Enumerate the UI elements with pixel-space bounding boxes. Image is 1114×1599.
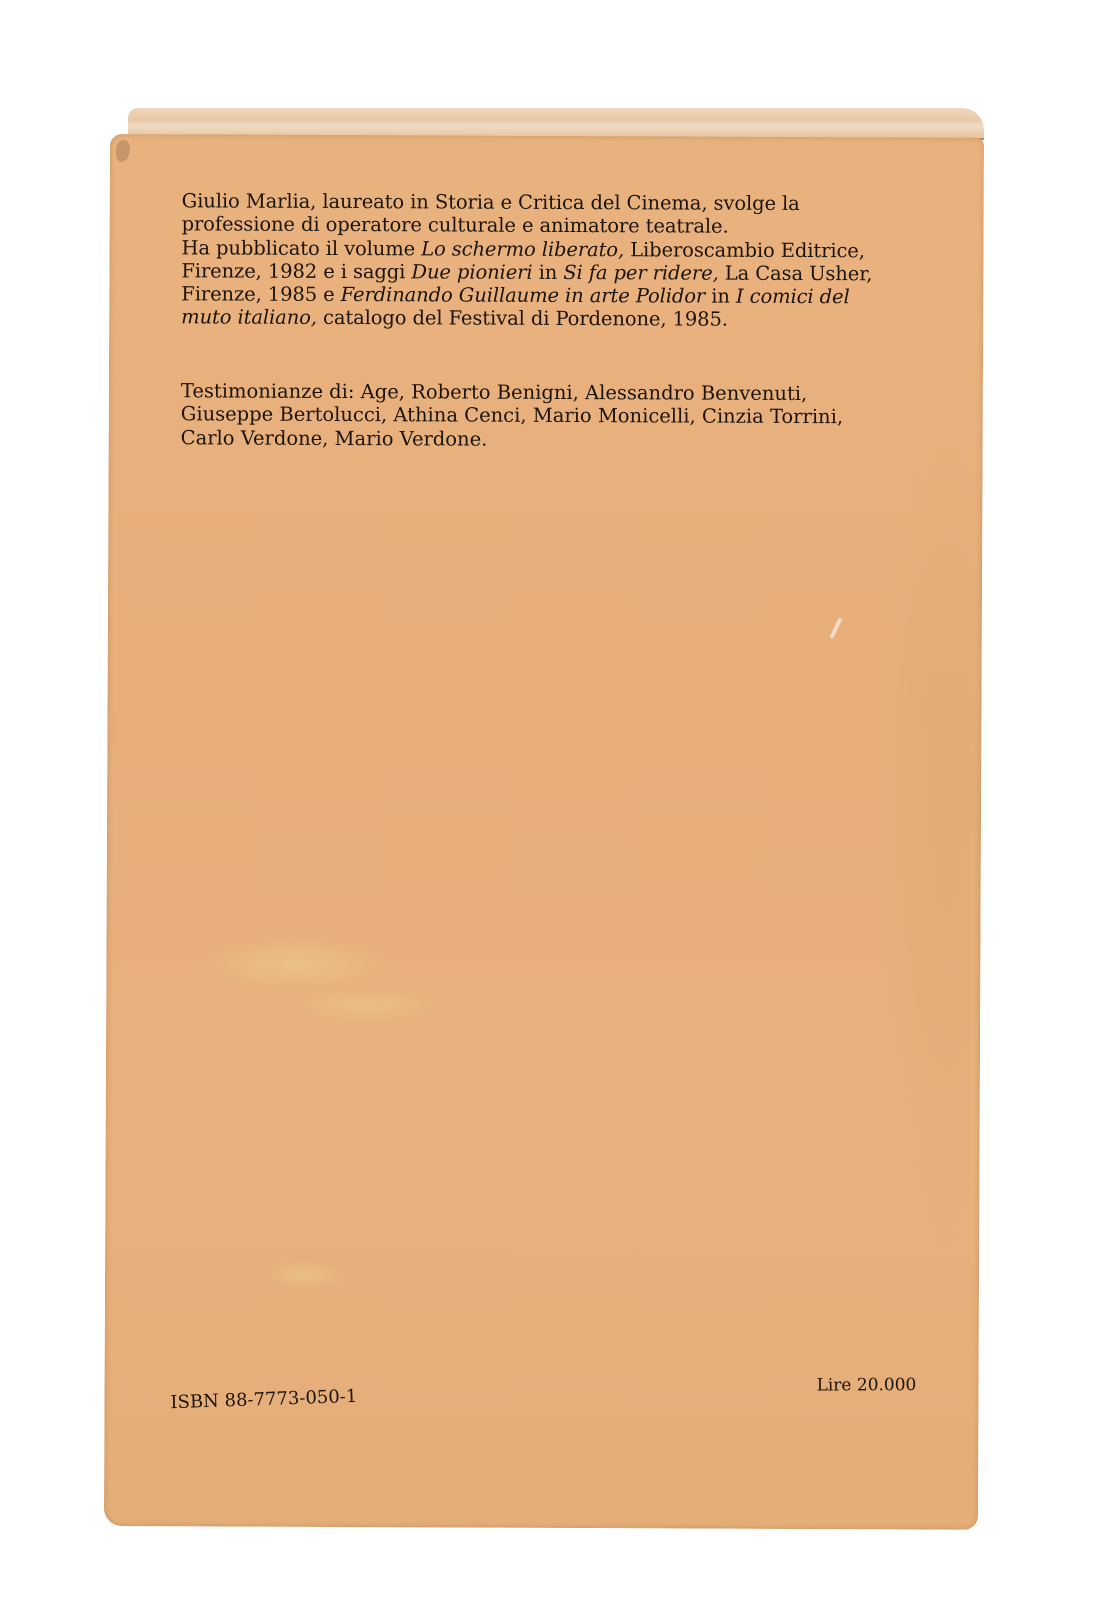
text-run: catalogo del Festival di Pordenone, 1985…: [317, 306, 728, 331]
back-cover: Giulio Marlia, laureato in Storia e Crit…: [104, 134, 984, 1530]
bio-line: professione di operatore culturale e ani…: [182, 213, 902, 239]
text-run: La Casa Usher,: [719, 262, 873, 286]
bio-line: Giulio Marlia, laureato in Storia e Crit…: [182, 189, 902, 215]
author-bio: Giulio Marlia, laureato in Storia e Crit…: [181, 189, 902, 332]
bio-line: Ha pubblicato il volume Lo schermo liber…: [181, 236, 901, 262]
bio-line: Firenze, 1982 e i saggi Due pionieri in …: [181, 259, 901, 285]
italic-title: muto italiano,: [181, 306, 317, 330]
scuff-mark: [829, 617, 842, 639]
italic-title: Lo schermo liberato,: [421, 237, 624, 261]
text-run: in: [705, 285, 736, 308]
testimonials-line: Carlo Verdone, Mario Verdone.: [181, 426, 941, 453]
italic-title: Si fa per ridere,: [563, 261, 718, 285]
italic-title: Due pionieri: [411, 260, 532, 284]
corner-wear-mark: [116, 140, 130, 162]
testimonials-line: Testimonianze di: Age, Roberto Benigni, …: [181, 379, 941, 406]
testimonials: Testimonianze di: Age, Roberto Benigni, …: [181, 379, 941, 452]
text-run: Liberoscambio Editrice,: [624, 238, 865, 262]
bio-line: muto italiano, catalogo del Festival di …: [181, 306, 901, 332]
text-run: Firenze, 1982 e i saggi: [181, 259, 411, 283]
book: Giulio Marlia, laureato in Storia e Crit…: [110, 108, 990, 1528]
isbn: ISBN 88-7773-050-1: [170, 1386, 358, 1413]
italic-title: I comici del: [736, 285, 850, 308]
text-run: Giulio Marlia, laureato in Storia e Crit…: [182, 189, 800, 215]
text-run: professione di operatore culturale e ani…: [182, 213, 729, 238]
text-run: Firenze, 1985 e: [181, 283, 340, 307]
price: Lire 20.000: [817, 1375, 917, 1395]
testimonials-line: Giuseppe Bertolucci, Athina Cenci, Mario…: [181, 403, 941, 430]
italic-title: Ferdinando Guillaume in arte Polidor: [341, 283, 706, 308]
bio-line: Firenze, 1985 e Ferdinando Guillaume in …: [181, 283, 901, 309]
text-run: in: [532, 261, 563, 284]
text-run: Ha pubblicato il volume: [181, 236, 421, 260]
